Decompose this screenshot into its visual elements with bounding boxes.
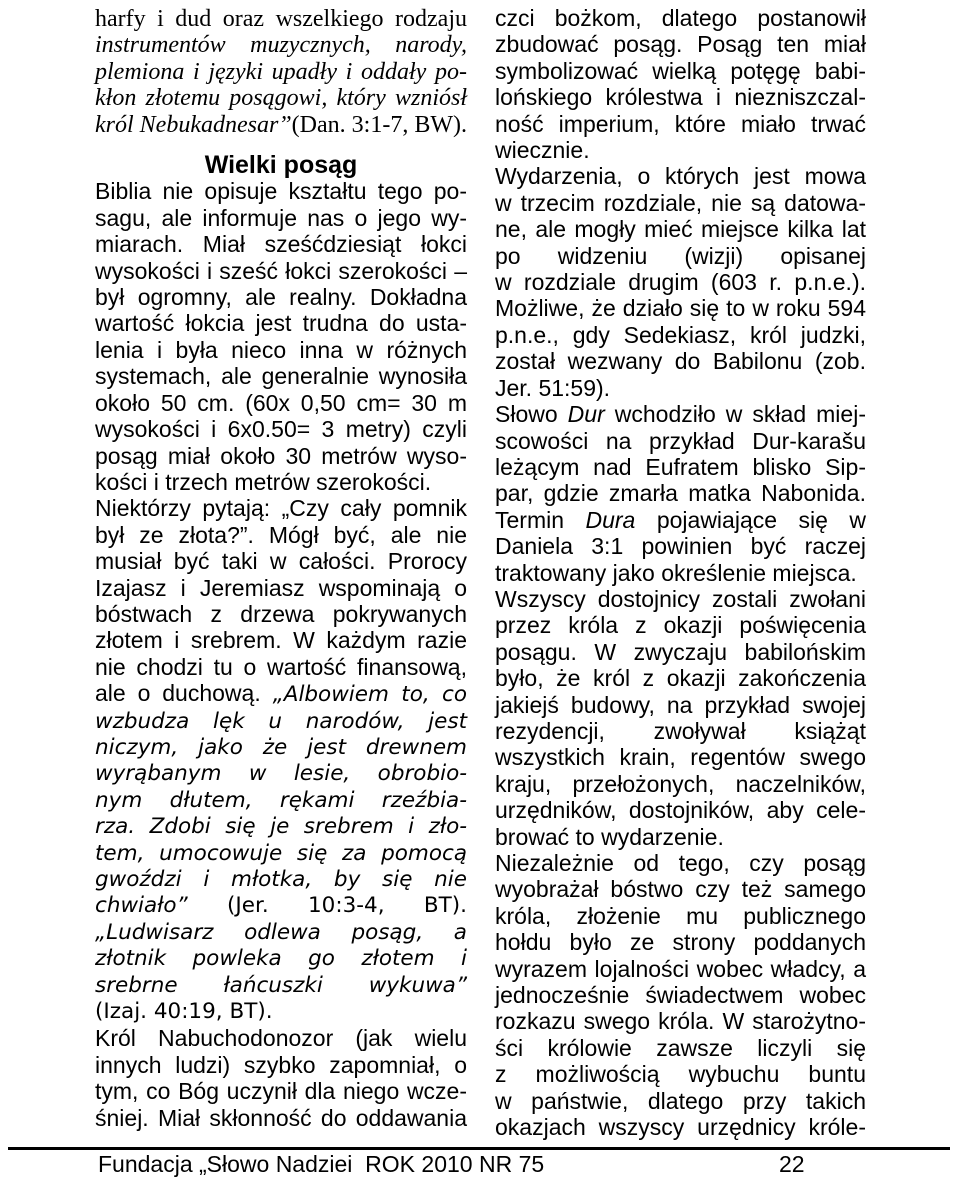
text-line: Wydarzenia, o których jest mowa [495, 163, 866, 189]
text-segment: ne, ale mogły mieć miejsce kilka lat [495, 216, 866, 242]
text-line: Izajasz i Jeremiasz wspominają o [95, 575, 467, 601]
text-segment: wyrąbanym w lesie, obrobio- [95, 761, 467, 786]
text-segment: (Dan. 3:1-7, BW). [292, 112, 467, 138]
text-segment: Biblia nie opisuje kształtu tego po- [95, 178, 467, 204]
text-line: Możliwe, że działo się to w roku 594 [495, 295, 866, 321]
text-segment: harfy i dud oraz wszelkiego rodzaju [95, 6, 467, 32]
text-line: wartość łokcia jest trudna do usta- [95, 310, 467, 336]
text-segment: wszystkich krain, regentów swego [495, 744, 866, 770]
text-line: rezydencji, zwoływał książąt [495, 718, 866, 744]
text-segment: p.n.e., gdy Sedekiasz, król judzki, [495, 322, 866, 348]
text-line: nie chodzi tu o wartość finansową, [95, 654, 467, 680]
text-segment: wyobrażał bóstwo czy też samego [495, 876, 866, 902]
text-line: kłon złotemu posągowi, który wzniósł [95, 85, 467, 111]
text-segment: urzędników, dostojników, aby cele- [495, 797, 866, 823]
text-segment: przez króla z okazji poświęcenia [495, 612, 866, 638]
text-line: rozkazu swego króla. W starożytno- [495, 1008, 866, 1034]
text-line: Wszyscy dostojnicy zostali zwołani [495, 586, 866, 612]
text-segment: rezydencji, zwoływał książąt [495, 718, 866, 744]
footer-publication: Fundacja „Słowo Nadziei ROK 2010 NR 75 [98, 1151, 544, 1178]
text-segment: posąg miał około 30 metrów wyso- [95, 443, 467, 469]
text-line: złotnik powleka go złotem i [95, 946, 467, 972]
text-segment: został wezwany do Babilonu (zob. [495, 348, 866, 374]
text-line: innych ludzi) szybko zapomniał, o [95, 1052, 467, 1078]
text-segment: chwiało” [95, 893, 227, 918]
text-line: wzbudza lęk u narodów, jest [95, 709, 467, 735]
text-segment: Jer. 51:59). [495, 375, 610, 401]
text-segment: był ze złota?”. Mógł być, ale nie [95, 522, 467, 548]
footer-divider [8, 1147, 950, 1150]
text-line: Biblia nie opisuje kształtu tego po- [95, 178, 467, 204]
text-line: Niezależnie od tego, czy posąg [495, 850, 866, 876]
text-segment: kraju, przełożonych, naczelników, [495, 771, 866, 797]
text-line: jednocześnie świadectwem wobec [495, 982, 866, 1008]
right-column: czci bożkom, dlatego postanowiłzbudować … [495, 5, 866, 1140]
text-segment: bóstwach z drzewa pokrywanych [95, 601, 467, 627]
text-segment: (Jer. 10:3-4, BT). [227, 893, 467, 918]
text-segment: Król Nabuchodonozor (jak wielu [95, 1025, 467, 1051]
text-segment: (Izaj. 40:19, BT). [95, 999, 273, 1024]
text-line: tym, co Bóg uczynił dla niego wcze- [95, 1078, 467, 1104]
text-line: śniej. Miał skłonność do oddawania [95, 1105, 467, 1131]
text-segment: wiecznie. [495, 137, 590, 163]
text-segment: par, gdzie zmarła matka Nabonida. [495, 480, 866, 506]
document-page: harfy i dud oraz wszelkiego rodzajuinstr… [0, 0, 960, 1182]
text-line: „Ludwisarz odlewa posąg, a [95, 920, 467, 946]
text-segment: systemach, ale generalnie wynosiła [95, 363, 467, 389]
text-segment: niczym, jako że jest drewnem [95, 735, 467, 760]
text-line: gwoździ i młotka, by się nie [95, 867, 467, 893]
text-segment: w państwie, dlatego przy takich [495, 1088, 866, 1114]
text-line: tem, umocowuje się za pomocą [95, 841, 467, 867]
text-segment: w rozdziale drugim (603 r. p.n.e.). [495, 269, 866, 295]
text-segment: posągu. W zwyczaju babilońskim [495, 639, 866, 665]
text-segment: lońskiego królestwa i niezniszczal- [495, 84, 866, 110]
text-line: wysokości i 6x0.50= 3 metry) czyli [95, 416, 467, 442]
text-segment: kłon złotemu posągowi, który wzniósł [95, 85, 467, 111]
text-segment: Niezależnie od tego, czy posąg [495, 850, 866, 876]
text-segment: król Nebukadnesar” [95, 112, 292, 138]
text-segment: lenia i była nieco inna w różnych [95, 337, 467, 363]
text-line: był ogromny, ale realny. Dokładna [95, 284, 467, 310]
text-line: wszystkich krain, regentów swego [495, 744, 866, 770]
text-segment: okazjach wszyscy urzędnicy króle- [495, 1114, 866, 1140]
text-segment: rza. Zdobi się je srebrem i zło- [95, 814, 467, 839]
text-line: po widzeniu (wizji) opisanej [495, 243, 866, 269]
text-line: z możliwością wybuchu buntu [495, 1061, 866, 1087]
text-line: srebrne łańcuszki wykuwa” [95, 973, 467, 999]
text-line: harfy i dud oraz wszelkiego rodzaju [95, 6, 467, 32]
text-line: było, że król z okazji zakończenia [495, 665, 866, 691]
text-line: scowości na przykład Dur-karašu [495, 428, 866, 454]
text-segment: wyrazem lojalności wobec władcy, a [495, 956, 866, 982]
text-segment: „Albowiem to, co [273, 682, 467, 707]
text-segment: czci bożkom, dlatego postanowił [495, 5, 866, 31]
text-line: króla, złożenie mu publicznego [495, 903, 866, 929]
text-line: był ze złota?”. Mógł być, ale nie [95, 522, 467, 548]
text-line: wyrąbanym w lesie, obrobio- [95, 761, 467, 787]
text-segment: jakiejś budowy, na przykład swojej [495, 692, 866, 718]
left-column: harfy i dud oraz wszelkiego rodzajuinstr… [95, 6, 467, 1131]
text-segment: brować to wydarzenie. [495, 824, 724, 850]
text-line: kości i trzech metrów szerokości. [95, 469, 467, 495]
text-segment: plemiona i języki upadły i oddały po- [95, 59, 467, 85]
text-line: Jer. 51:59). [495, 375, 866, 401]
text-line: około 50 cm. (60x 0,50 cm= 30 m [95, 390, 467, 416]
text-line: leżącym nad Eufratem blisko Sip- [495, 454, 866, 480]
page-number: 22 [779, 1151, 805, 1178]
text-line: symbolizować wielką potęgę babi- [495, 58, 866, 84]
text-segment: miarach. Miał sześćdziesiąt łokci [95, 231, 467, 257]
text-line: par, gdzie zmarła matka Nabonida. [495, 480, 866, 506]
text-line: przez króla z okazji poświęcenia [495, 612, 866, 638]
text-segment: gwoździ i młotka, by się nie [95, 867, 467, 892]
text-line: p.n.e., gdy Sedekiasz, król judzki, [495, 322, 866, 348]
text-segment: około 50 cm. (60x 0,50 cm= 30 m [95, 390, 467, 416]
text-line: niczym, jako że jest drewnem [95, 735, 467, 761]
text-line: sagu, ale informuje nas o jego wy- [95, 205, 467, 231]
text-line: wyrazem lojalności wobec władcy, a [495, 956, 866, 982]
text-line: w trzecim rozdziale, nie są datowa- [495, 190, 866, 216]
text-segment: instrumentów muzycznych, narody, [95, 32, 467, 58]
text-line: traktowany jako określenie miejsca. [495, 560, 866, 586]
text-line: nym dłutem, rękami rzeźbia- [95, 788, 467, 814]
text-line: ści królowie zawsze liczyli się [495, 1035, 866, 1061]
text-line: miarach. Miał sześćdziesiąt łokci [95, 231, 467, 257]
text-segment: Wydarzenia, o których jest mowa [495, 163, 866, 189]
text-segment: Możliwe, że działo się to w roku 594 [495, 295, 866, 321]
text-segment: innych ludzi) szybko zapomniał, o [95, 1052, 467, 1078]
text-line: posągu. W zwyczaju babilońskim [495, 639, 866, 665]
text-segment: Dura [586, 507, 636, 533]
text-segment: kości i trzech metrów szerokości. [95, 469, 431, 495]
text-line: w państwie, dlatego przy takich [495, 1088, 866, 1114]
text-line: Słowo Dur wchodziło w skład miej- [495, 401, 866, 427]
text-segment: Słowo [495, 401, 568, 427]
text-segment: tym, co Bóg uczynił dla niego wcze- [95, 1078, 467, 1104]
text-segment: „Ludwisarz odlewa posąg, a [95, 920, 467, 945]
text-segment: leżącym nad Eufratem blisko Sip- [495, 454, 866, 480]
text-line: złotem i srebrem. W każdym razie [95, 627, 467, 653]
text-line: zbudować posąg. Posąg ten miał [495, 31, 866, 57]
text-segment: rozkazu swego króla. W starożytno- [495, 1008, 866, 1034]
text-line: systemach, ale generalnie wynosiła [95, 363, 467, 389]
text-segment: jednocześnie świadectwem wobec [495, 982, 866, 1008]
text-line: Daniela 3:1 powinien być raczej [495, 533, 866, 559]
text-segment: Izajasz i Jeremiasz wspominają o [95, 575, 467, 601]
text-line: (Izaj. 40:19, BT). [95, 999, 467, 1025]
text-line: Niektórzy pytają: „Czy cały pomnik [95, 495, 467, 521]
text-segment: Wielki posąg [205, 151, 358, 179]
text-line: okazjach wszyscy urzędnicy króle- [495, 1114, 866, 1140]
text-line: posąg miał około 30 metrów wyso- [95, 443, 467, 469]
text-line: Król Nabuchodonozor (jak wielu [95, 1025, 467, 1051]
text-segment: nie chodzi tu o wartość finansową, [95, 654, 467, 680]
text-segment: króla, złożenie mu publicznego [495, 903, 866, 929]
text-line: bóstwach z drzewa pokrywanych [95, 601, 467, 627]
text-line: został wezwany do Babilonu (zob. [495, 348, 866, 374]
text-segment: srebrne łańcuszki wykuwa” [95, 973, 467, 998]
text-line: musiał być taki w całości. Prorocy [95, 548, 467, 574]
text-segment: złotem i srebrem. W każdym razie [95, 627, 467, 653]
text-segment: ści królowie zawsze liczyli się [495, 1035, 866, 1061]
text-line: czci bożkom, dlatego postanowił [495, 5, 866, 31]
text-line: lońskiego królestwa i niezniszczal- [495, 84, 866, 110]
text-segment: w trzecim rozdziale, nie są datowa- [495, 190, 866, 216]
text-line: ale o duchową. „Albowiem to, co [95, 680, 467, 708]
text-line: hołdu było ze strony poddanych [495, 929, 866, 955]
text-segment: z możliwością wybuchu buntu [495, 1061, 866, 1087]
text-segment: traktowany jako określenie miejsca. [495, 560, 857, 586]
text-segment: scowości na przykład Dur-karašu [495, 428, 866, 454]
text-line: ne, ale mogły mieć miejsce kilka lat [495, 216, 866, 242]
text-line: kraju, przełożonych, naczelników, [495, 771, 866, 797]
text-segment: musiał być taki w całości. Prorocy [95, 548, 467, 574]
text-segment: po widzeniu (wizji) opisanej [495, 243, 866, 269]
text-line: instrumentów muzycznych, narody, [95, 32, 467, 58]
text-segment: hołdu było ze strony poddanych [495, 929, 866, 955]
text-segment: było, że król z okazji zakończenia [495, 665, 866, 691]
text-segment: wzbudza lęk u narodów, jest [95, 709, 467, 734]
text-segment: sagu, ale informuje nas o jego wy- [95, 205, 467, 231]
text-segment: wysokości i 6x0.50= 3 metry) czyli [95, 416, 467, 442]
text-line: rza. Zdobi się je srebrem i zło- [95, 814, 467, 840]
text-segment: ale o duchową. [95, 680, 273, 706]
text-segment: Niektórzy pytają: „Czy cały pomnik [95, 495, 467, 521]
text-segment: ność imperium, które miało trwać [495, 111, 866, 137]
text-line: Termin Dura pojawiające się w [495, 507, 866, 533]
text-line: ność imperium, które miało trwać [495, 111, 866, 137]
text-segment: Wszyscy dostojnicy zostali zwołani [495, 586, 866, 612]
text-line: wyobrażał bóstwo czy też samego [495, 876, 866, 902]
text-segment: Daniela 3:1 powinien być raczej [495, 533, 866, 559]
text-line: wiecznie. [495, 137, 866, 163]
text-segment: śniej. Miał skłonność do oddawania [95, 1105, 467, 1131]
text-segment: zbudować posąg. Posąg ten miał [495, 31, 866, 57]
text-line: chwiało” (Jer. 10:3-4, BT). [95, 893, 467, 919]
text-line: wysokości i sześć łokci szerokości – [95, 258, 467, 284]
text-segment: Termin [495, 507, 586, 533]
text-line: plemiona i języki upadły i oddały po- [95, 59, 467, 85]
text-segment: był ogromny, ale realny. Dokładna [95, 284, 467, 310]
text-line: Wielki posąg [95, 152, 467, 178]
text-line: król Nebukadnesar”(Dan. 3:1-7, BW). [95, 112, 467, 138]
text-segment: złotnik powleka go złotem i [95, 946, 467, 971]
text-segment: Dur [568, 401, 605, 427]
text-segment: wchodziło w skład miej- [605, 401, 866, 427]
text-line: lenia i była nieco inna w różnych [95, 337, 467, 363]
text-line: w rozdziale drugim (603 r. p.n.e.). [495, 269, 866, 295]
text-segment: tem, umocowuje się za pomocą [95, 841, 467, 866]
text-segment: nym dłutem, rękami rzeźbia- [95, 788, 467, 813]
text-segment: symbolizować wielką potęgę babi- [495, 58, 866, 84]
text-segment: wysokości i sześć łokci szerokości – [95, 258, 467, 284]
text-line: jakiejś budowy, na przykład swojej [495, 692, 866, 718]
text-segment: wartość łokcia jest trudna do usta- [95, 310, 467, 336]
text-segment: pojawiające się w [635, 507, 866, 533]
text-line: brować to wydarzenie. [495, 824, 866, 850]
text-line: urzędników, dostojników, aby cele- [495, 797, 866, 823]
